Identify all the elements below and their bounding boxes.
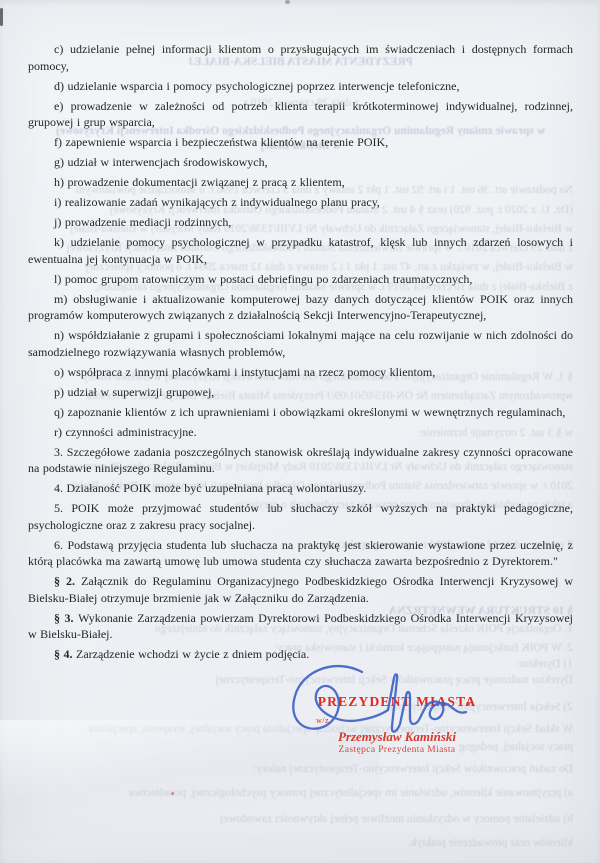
scan-artifact-dot (285, 0, 290, 4)
paragraph: § 2. Załącznik do Regulaminu Organizacyj… (28, 573, 573, 606)
stamp-title: PREZYDENT MIASTA (247, 694, 547, 710)
paragraph-lead: § 2. (54, 574, 81, 588)
paragraph: l) pomoc grupom ratowniczym w postaci de… (28, 271, 573, 288)
bleedthrough-line: b) udzielanie pomocy w odzyskaniu możliw… (28, 812, 573, 826)
paragraph: 5. POIK może przyjmować studentów lub sł… (28, 500, 573, 533)
scan-artifact-red-speck (171, 792, 174, 795)
paragraph: 3. Szczegółowe zadania poszczególnych st… (28, 444, 573, 477)
paragraph: § 4. Zarządzenie wchodzi w życie z dniem… (28, 646, 573, 663)
paragraph: c) udzielanie pełnej informacji klientom… (28, 41, 573, 74)
paragraph: e) prowadzenie w zależności od potrzeb k… (28, 98, 573, 131)
bleedthrough-line: klientów oraz prowadzenie praktyk. (28, 836, 573, 850)
scan-artifact-edge-mark (0, 8, 3, 26)
signer-role: Zastępca Prezydenta Miasta (247, 745, 547, 755)
paragraph: j) prowadzenie mediacji rodzinnych, (28, 214, 573, 231)
paragraph: § 3. Wykonanie Zarządzenia powierzam Dyr… (28, 610, 573, 643)
paragraph: p) udział w superwizji grupowej, (28, 384, 573, 401)
bleedthrough-line: Do zadań pracowników Sekcji Interwencyjn… (28, 762, 573, 776)
wz-label: w/z (316, 716, 329, 725)
paragraph: f) zapewnienie wsparcia i bezpieczeństwa… (28, 134, 573, 151)
paragraph: k) udzielanie pomocy psychologicznej w p… (28, 234, 573, 267)
bleedthrough-line: a) przyjmowanie klientów, udzielanie im … (28, 786, 573, 800)
paragraph: d) udzielanie wsparcia i pomocy psycholo… (28, 78, 573, 95)
paragraph: o) współpraca z innymi placówkami i inst… (28, 364, 573, 381)
paragraph-lead: § 4. (54, 647, 76, 661)
stamp-ink-dot (466, 702, 470, 706)
paragraph: n) współdziałanie z grupami i społecznoś… (28, 327, 573, 360)
paragraph-lead: § 3. (54, 611, 78, 625)
paragraph: q) zapoznanie klientów z ich uprawnienia… (28, 404, 573, 421)
paragraph: r) czynności administracyjne. (28, 424, 573, 441)
document-body: c) udzielanie pełnej informacji klientom… (28, 41, 573, 666)
signature-block: PREZYDENT MIASTA w/z Przemysław Kamiński… (247, 694, 547, 764)
paragraph: h) prowadzenie dokumentacji związanej z … (28, 174, 573, 191)
paragraph: 6. Podstawą przyjęcia studenta lub słuch… (28, 537, 573, 570)
scanned-document-page: PREZYDENTA MIASTA BIELSKA-BIAŁEJz dnia 2… (0, 0, 600, 863)
paragraph: m) obsługiwanie i aktualizowanie kompute… (28, 291, 573, 324)
paragraph: g) udział w interwencjach środowiskowych… (28, 154, 573, 171)
paragraph: i) realizowanie zadań wynikających z ind… (28, 194, 573, 211)
bleedthrough-line: Dyrektor nadzoruje pracę pracowników Sek… (28, 673, 573, 687)
signer-name: Przemysław Kamiński (247, 729, 547, 745)
paragraph: 4. Działaność POIK może być uzupełniana … (28, 480, 573, 497)
